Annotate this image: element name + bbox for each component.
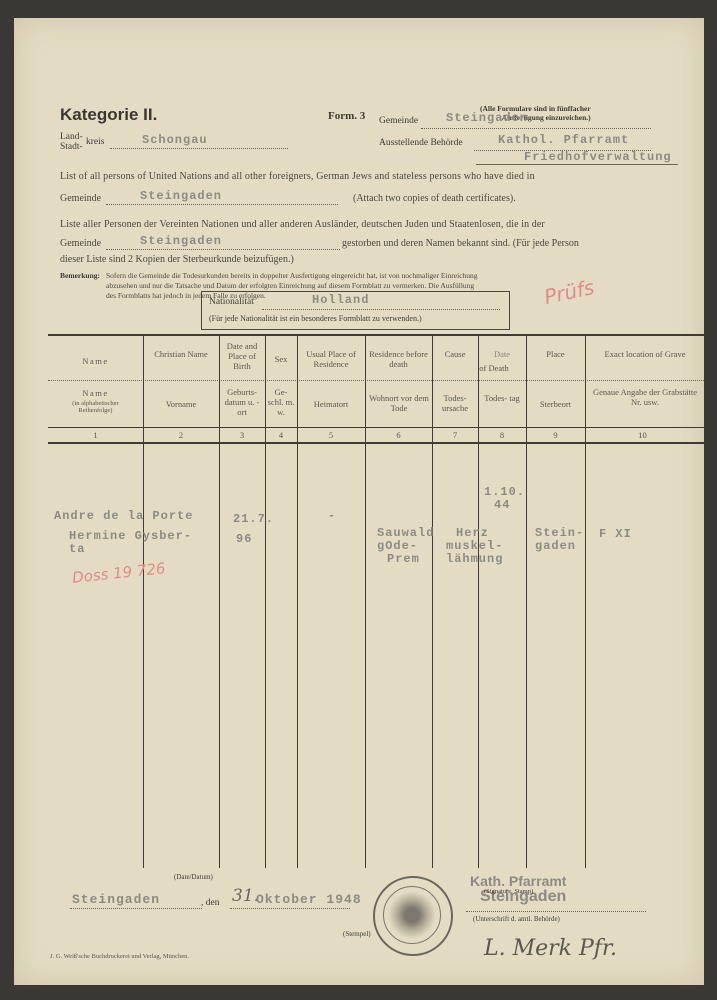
stamp-caption: (Stempel) [343, 930, 371, 938]
remark-line-2: abzusehen und nur die Tatsache und Datum… [106, 281, 478, 291]
nationality-box: Nationalität Holland (Für jede Nationali… [201, 291, 510, 330]
land-label: Land- [60, 132, 83, 142]
col-number-6: 6 [365, 430, 432, 440]
handwritten-signature: L. Merk Pfr. [484, 936, 617, 961]
intro-en-suffix: (Attach two copies of death certificates… [353, 193, 516, 204]
kreis-label: kreis [86, 137, 104, 147]
col-divider-6 [432, 336, 433, 868]
remark-line-1: Sofern die Gemeinde die Todesurkunden be… [106, 271, 478, 281]
gemeinde-label: Gemeinde [379, 116, 418, 126]
col-divider-9 [585, 336, 586, 868]
col-header-en-4: Sex [265, 354, 297, 364]
category-title: Kategorie II. [60, 105, 157, 125]
red-doss-annotation: Doss 19 726 [71, 559, 166, 587]
col-header-en-9: Place [526, 349, 585, 359]
col-header-en-2: Christian Name [143, 349, 219, 359]
col-header-en-6: Residence before death [365, 349, 432, 369]
parish-seal: SIGILLUM PAROCHIAE CATHOLICAE STEINGADEN [373, 876, 453, 956]
col-header-de-8: Todes- tag [480, 393, 524, 403]
cell-birth: 21.7. 96 [233, 509, 274, 549]
col-header-de-5: Heimatort [297, 399, 365, 409]
document-page: Kategorie II. Form. 3 (Alle Formulare si… [14, 18, 704, 985]
cell-date-of-death: 1.10. 44 [484, 486, 525, 512]
cell-residence: Sauwald gOde- Prem [377, 527, 434, 566]
intro-en-gemeinde-label: Gemeinde [60, 193, 101, 204]
remark-label: Bemerkung: [60, 271, 100, 280]
cell-usual-residence: - [328, 509, 336, 523]
col-number-10: 10 [585, 430, 700, 440]
landkreis-dotline [110, 148, 288, 149]
form-number: Form. 3 [328, 110, 365, 122]
cell-name: Andre de la Porte [54, 509, 193, 523]
authority-signature-caption: (Unterschrift d. amtl. Behörde) [473, 915, 560, 923]
col-divider-8 [526, 336, 527, 868]
col-header-de-9: Sterbeort [526, 399, 585, 409]
cell-grave: F XI [599, 527, 632, 541]
of-death-label: of Death [444, 363, 544, 373]
intro-en-line-1: List of all persons of United Nations an… [60, 171, 535, 182]
table-top-border [48, 334, 704, 336]
signature-dotline [466, 911, 646, 912]
gemeinde-value: Steingaden [446, 111, 528, 125]
birth-line-1: 21.7. [233, 509, 274, 529]
col-header-de-10: Genaue Angabe der Grabstätte Nr. usw. [590, 387, 700, 407]
gemeinde-dotline [421, 128, 651, 129]
col-header-en-8: Date [478, 349, 526, 359]
christian-name-line-2: ta [69, 543, 192, 556]
col-header-de-6: Wohnort vor dem Tode [369, 393, 429, 413]
nationality-dotline [262, 309, 500, 310]
footer-place-value: Steingaden [72, 892, 160, 907]
col-number-4: 4 [265, 430, 297, 440]
stadt-label: Stadt- [60, 142, 83, 152]
landkreis-label: Land- Stadt- [60, 132, 83, 152]
behoerde-value-1: Kathol. Pfarramt [498, 133, 629, 147]
nationality-value: Holland [312, 293, 369, 307]
cause-line-3: lähmung [446, 553, 503, 566]
birth-line-2: 96 [233, 529, 274, 549]
nationality-note: (Für jede Nationalität ist ein besondere… [209, 314, 422, 323]
red-initials-annotation: Prüfs [542, 275, 596, 309]
parish-stamp-line-1: Kath. Pfarramt [470, 874, 566, 889]
date-line-2: 44 [484, 499, 525, 512]
col-number-3: 3 [219, 430, 265, 440]
table-header-divider [48, 380, 704, 381]
nationality-label: Nationalität [209, 297, 254, 307]
table-numbers-bottom [48, 442, 704, 444]
intro-de-line-1: Liste aller Personen der Vereinten Natio… [60, 219, 545, 230]
col-header-en-10: Exact location of Grave [595, 349, 695, 359]
printer-imprint: J. G. Weiß'sche Buchdruckerei und Verlag… [50, 953, 189, 960]
col-divider-7 [478, 336, 479, 868]
place-line-2: gaden [535, 540, 584, 553]
landkreis-value: Schongau [142, 133, 208, 147]
intro-en-gemeinde-value: Steingaden [140, 189, 222, 203]
intro-de-gemeinde-label: Gemeinde [60, 238, 101, 249]
signature-stamp-caption: (Signature, Stamp) [484, 888, 533, 895]
intro-de-dotline [106, 249, 340, 250]
christian-name-line-1: Hermine Gysber- [69, 530, 192, 543]
col-header-de-4: Ge- schl. m. w. [267, 387, 295, 417]
col-number-2: 2 [143, 430, 219, 440]
col-header-de-sub-1: (in alphabetischer Reihenfolge) [48, 400, 143, 414]
col-number-1: 1 [48, 430, 143, 440]
col-number-9: 9 [526, 430, 585, 440]
col-header-en-5: Usual Place of Residence [297, 349, 365, 369]
col-header-de-1: Name [48, 388, 143, 398]
behoerde-label: Ausstellende Behörde [379, 138, 463, 148]
col-number-7: 7 [432, 430, 478, 440]
table-subheader-bottom [48, 427, 704, 428]
col-divider-5 [365, 336, 366, 868]
col-divider-4 [297, 336, 298, 868]
cell-place-of-death: Stein- gaden [535, 527, 584, 553]
col-header-de-3: Geburts- datum u. -ort [221, 387, 263, 417]
intro-en-dotline [106, 204, 338, 205]
col-number-8: 8 [478, 430, 526, 440]
cell-cause: Herz muskel- lähmung [446, 527, 503, 566]
col-header-de-2: Vorname [143, 399, 219, 409]
residence-line-3: Prem [377, 553, 434, 566]
col-divider-1 [143, 336, 144, 868]
col-number-5: 5 [297, 430, 365, 440]
col-header-en-7: Cause [432, 349, 478, 359]
behoerde-value-2: Friedhofverwaltung [476, 150, 678, 165]
intro-de-suffix: gestorben und deren Namen bekannt sind. … [342, 238, 579, 249]
col-header-de-7: Todes- ursache [434, 393, 476, 413]
intro-de-gemeinde-value: Steingaden [140, 234, 222, 248]
cell-christian-name: Hermine Gysber- ta [69, 530, 192, 556]
col-header-en-1: Name [48, 356, 143, 366]
col-header-en-3: Date and Place of Birth [219, 341, 265, 371]
intro-de-line-3: dieser Liste sind 2 Kopien der Sterbeurk… [60, 254, 294, 265]
